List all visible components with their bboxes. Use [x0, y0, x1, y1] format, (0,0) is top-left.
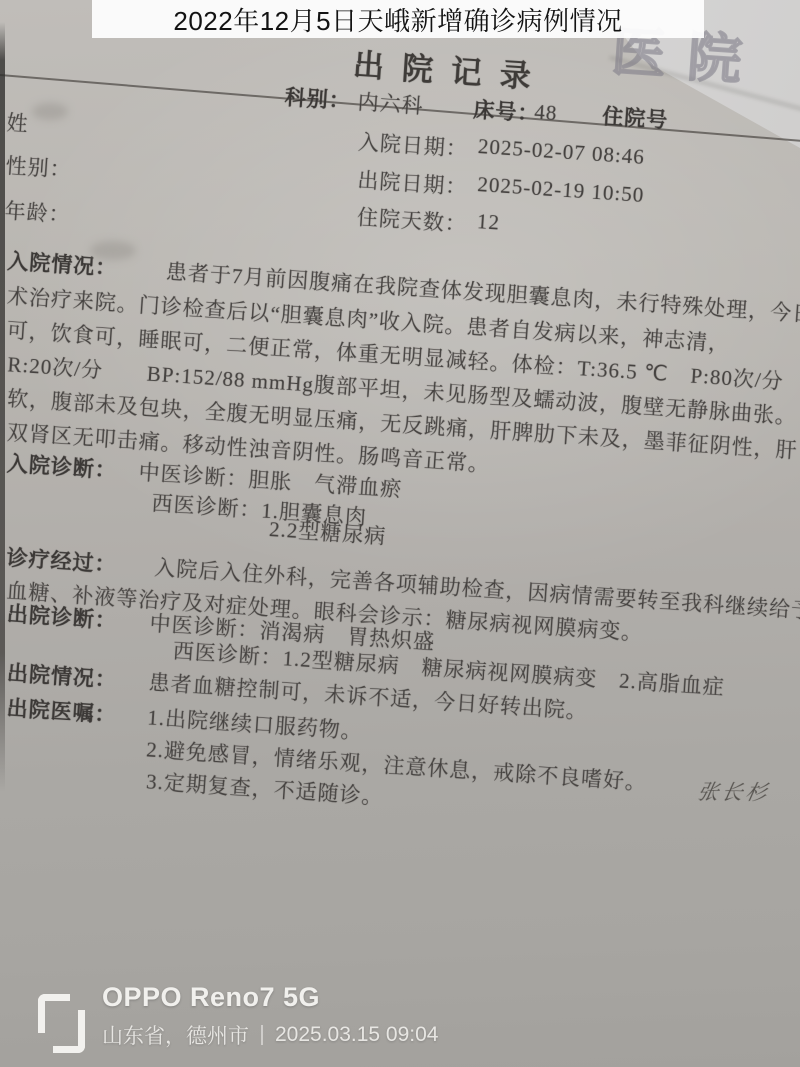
gender-label: 性别： — [5, 150, 73, 184]
dept-label: 科别： — [284, 81, 352, 115]
name-label: 姓 — [6, 107, 30, 138]
admit-date-label: 入院日期： — [357, 126, 469, 163]
admission-diagnosis-label: 入院诊断： — [6, 447, 118, 484]
treatment-course-label: 诊疗经过： — [6, 542, 118, 579]
watermark-divider — [261, 1025, 263, 1045]
discharge-date-label: 出院日期： — [357, 164, 469, 201]
watermark-datetime: 2025.03.15 09:04 — [275, 1023, 439, 1047]
discharge-date-value: 2025-02-19 10:50 — [477, 172, 645, 208]
watermark-location: 山东省，德州市 — [102, 1020, 249, 1050]
admission-no-label: 住院号 — [601, 100, 669, 134]
overlay-title-text: 2022年12月5日天峨新增确诊病例情况 — [173, 1, 622, 38]
age-label: 年龄： — [4, 195, 72, 229]
bed-label: 床号： — [473, 94, 541, 128]
admission-diagnosis-western-2: 2.2型糖尿病 — [268, 513, 387, 551]
dept-value: 内六科 — [357, 86, 425, 120]
ink-smudge — [90, 241, 136, 260]
discharge-condition-label: 出院情况： — [6, 657, 118, 694]
discharge-diagnosis-label: 出院诊断： — [6, 598, 118, 635]
stay-days-value: 12 — [476, 209, 501, 235]
camera-watermark: OPPO Reno7 5G 山东省，德州市 2025.03.15 09:04 — [38, 982, 439, 1050]
stay-days-label: 住院天数： — [356, 201, 468, 238]
admit-date-value: 2025-02-07 08:46 — [477, 134, 645, 170]
document-photo: 医院 出院记录 科别： 内六科 床号： 48 住院号 姓 性别： 年龄： 入院日… — [0, 0, 800, 1067]
overlay-title-bar: 2022年12月5日天峨新增确诊病例情况 — [92, 0, 704, 38]
discharge-record-document: 出院记录 科别： 内六科 床号： 48 住院号 姓 性别： 年龄： 入院日期： … — [0, 10, 800, 968]
bed-value: 48 — [534, 100, 559, 126]
redaction-smudge — [32, 103, 68, 120]
paper-edge-shadow — [0, 22, 5, 792]
doctor-signature: 张长杉 — [695, 776, 773, 807]
watermark-device-name: OPPO Reno7 5G — [102, 982, 439, 1013]
oppo-logo-icon — [38, 994, 86, 1052]
discharge-orders-label: 出院医嘱： — [6, 692, 118, 729]
